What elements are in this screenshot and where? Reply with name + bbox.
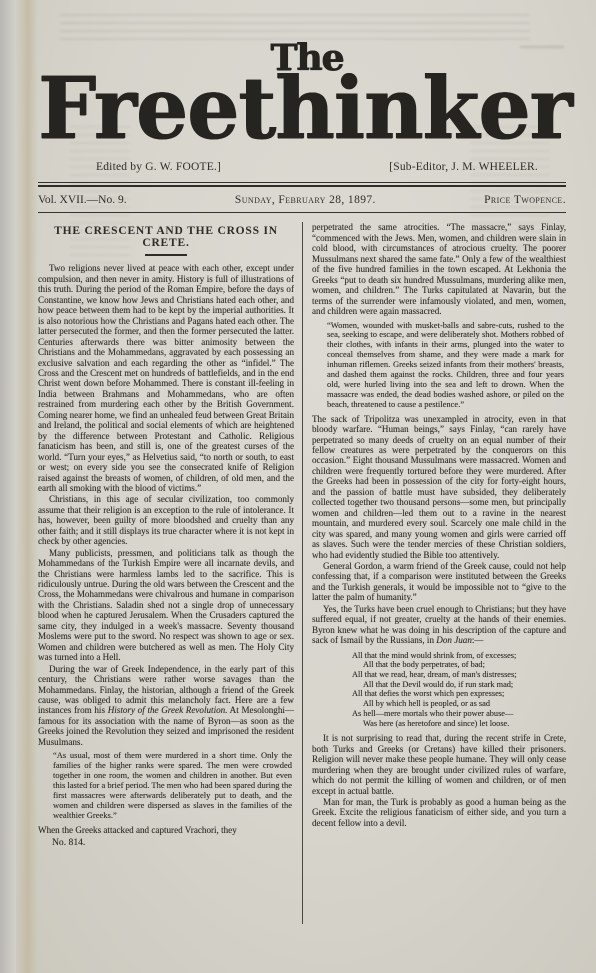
price: Price Twopence.: [484, 194, 566, 206]
scanned-newspaper-page: The Freethinker Edited by G. W. FOOTE.] …: [0, 0, 596, 973]
poem-line: All that the body perpetrates, of bad;: [352, 660, 566, 670]
paragraph: It is not surprising to read that, durin…: [312, 733, 566, 796]
poem-line: All that defies the worst which pen expr…: [352, 689, 566, 699]
paragraph: Yes, the Turks have been cruel enough to…: [312, 604, 566, 646]
blockquote: “Women, wounded with musket-balls and sa…: [327, 321, 564, 410]
paragraph: perpetrated the same atrocities. “The ma…: [312, 222, 566, 316]
left-column: THE CRESCENT AND THE CROSS IN CRETE. Two…: [38, 222, 302, 924]
poem-line: As hell—mere mortals who their power abu…: [352, 709, 566, 719]
headline-rule: [145, 254, 187, 256]
paragraph: Christians, in this age of secular civil…: [38, 494, 294, 546]
right-column-text: perpetrated the same atrocities. “The ma…: [312, 222, 566, 828]
page-body: The Freethinker Edited by G. W. FOOTE.] …: [0, 0, 596, 973]
left-column-text: Two religions never lived at peace with …: [38, 263, 294, 835]
editor-line: Edited by G. W. FOOTE.] [Sub-Editor, J. …: [96, 161, 538, 173]
poem-line: Was here (as heretofore and since) let l…: [352, 719, 566, 729]
masthead: The Freethinker: [38, 40, 566, 147]
volume-number: Vol. XVII.—No. 9.: [38, 194, 127, 206]
paragraph: During the war of Greek Independence, in…: [38, 664, 294, 748]
poem-line: All that the mind would shrink from, of …: [352, 651, 566, 661]
paragraph: Man for man, the Turk is probably as goo…: [312, 797, 566, 828]
paragraph: Many publicists, pressmen, and politicia…: [38, 548, 294, 663]
editor-credit: Edited by G. W. FOOTE.]: [96, 161, 221, 173]
blockquote: “As usual, most of them were murdered in…: [53, 751, 292, 820]
subeditor-credit: [Sub-Editor, J. M. WHEELER.: [389, 161, 538, 173]
catchword-line: When the Greeks attacked and captured Vr…: [38, 825, 294, 835]
poem-line: All that the Devil would do, if run star…: [352, 680, 566, 690]
masthead-title: Freethinker: [38, 70, 566, 148]
poem-line: All that we read, hear, dream, of man's …: [352, 670, 566, 680]
paragraph: General Gordon, a warm friend of the Gre…: [312, 561, 566, 603]
poem-quote: All that the mind would shrink from, of …: [352, 651, 566, 729]
single-rule: [38, 212, 566, 213]
right-column: perpetrated the same atrocities. “The ma…: [302, 222, 566, 924]
issue-footline: No. 814.: [52, 837, 294, 848]
poem-line: All by which hell is peopled, or as sad: [352, 699, 566, 709]
dateline-row: Vol. XVII.—No. 9. Sunday, February 28, 1…: [38, 194, 566, 206]
paragraph: Two religions never lived at peace with …: [38, 263, 294, 493]
issue-date: Sunday, February 28, 1897.: [235, 194, 376, 206]
article-columns: THE CRESCENT AND THE CROSS IN CRETE. Two…: [38, 222, 566, 924]
double-rule: [38, 182, 566, 187]
paragraph: The sack of Tripolitza was unexampled in…: [312, 414, 566, 560]
article-headline: THE CRESCENT AND THE CROSS IN CRETE.: [38, 225, 294, 249]
